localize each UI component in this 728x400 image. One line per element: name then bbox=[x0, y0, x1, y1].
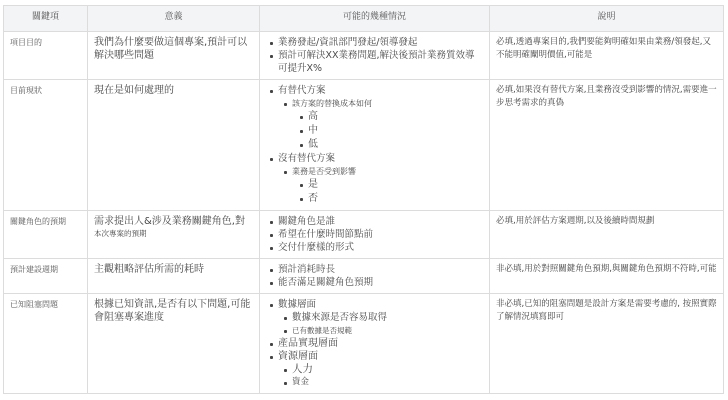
list-item-text: 該方案的替換成本如何 bbox=[292, 99, 372, 108]
bullet-list-nested: 高 中 低 bbox=[292, 110, 483, 152]
list-item: 交付什麼樣的形式 bbox=[278, 241, 483, 254]
table-header-row: 關鍵項 意義 可能的幾種情況 說明 bbox=[4, 6, 724, 32]
list-item: 產品實現層面 bbox=[278, 337, 483, 350]
header-possible-situations: 可能的幾種情況 bbox=[260, 6, 490, 32]
header-description: 說明 bbox=[490, 6, 724, 32]
list-item: 沒有替代方案 業務是否受到影響 是 否 bbox=[278, 152, 483, 206]
list-item: 是 bbox=[308, 178, 483, 192]
list-item: 資源層面 人力 資金 bbox=[278, 350, 483, 389]
bullet-list: 有替代方案 該方案的替換成本如何 高 中 低 bbox=[266, 84, 483, 206]
list-item: 否 bbox=[308, 192, 483, 206]
cell-key: 已知阻塞問題 bbox=[4, 294, 88, 394]
cell-meaning: 主觀粗略評估所需的耗時 bbox=[88, 259, 260, 294]
cell-meaning: 現在是如何處理的 bbox=[88, 80, 260, 211]
cell-meaning: 根據已知資訊,是否有以下問題,可能會阻塞專案進度 bbox=[88, 294, 260, 394]
cell-meaning: 我們為什麼要做這個專案,預計可以解決哪些問題 bbox=[88, 32, 260, 80]
cell-possible: 業務發起/資訊部門發起/領導發起 預計可解決XX業務問題,解決後預計業務質效導可… bbox=[260, 32, 490, 80]
cell-possible: 數據層面 數據來源是否容易取得 已有數據是否規範 產品實現層面 資源層面 人力 … bbox=[260, 294, 490, 394]
bullet-list: 預計消耗時長 能否滿足關鍵角色預期 bbox=[266, 263, 483, 289]
cell-key: 目前現狀 bbox=[4, 80, 88, 211]
list-item: 預計消耗時長 bbox=[278, 263, 483, 276]
cell-description: 必填,透過專案目的,我們要能夠明確如果由業務/領發起,又不能明確闡明價值,可能是 bbox=[490, 32, 724, 80]
list-item: 希望在什麼時間節點前 bbox=[278, 228, 483, 241]
bullet-list-nested: 數據來源是否容易取得 已有數據是否規範 bbox=[278, 311, 483, 337]
bullet-list: 數據層面 數據來源是否容易取得 已有數據是否規範 產品實現層面 資源層面 人力 … bbox=[266, 298, 483, 389]
list-item: 業務是否受到影響 是 否 bbox=[292, 165, 483, 206]
list-item: 該方案的替換成本如何 高 中 低 bbox=[292, 97, 483, 152]
cell-description: 必填,用於評估方案週期,以及後續時間規劃 bbox=[490, 211, 724, 259]
cell-description: 非必填,用於對照關鍵角色預期,與關鍵角色預期不符時,可能 bbox=[490, 259, 724, 294]
table-row-key-role-expectation: 關鍵角色的預期 需求提出人&涉及業務關鍵角色,對 本次專案的預期 關鍵角色是誰 … bbox=[4, 211, 724, 259]
list-item: 低 bbox=[308, 138, 483, 152]
cell-possible: 預計消耗時長 能否滿足關鍵角色預期 bbox=[260, 259, 490, 294]
header-key: 關鍵項 bbox=[4, 6, 88, 32]
list-item-text: 沒有替代方案 bbox=[278, 153, 335, 164]
bullet-list-nested: 該方案的替換成本如何 高 中 低 bbox=[278, 97, 483, 152]
cell-possible: 有替代方案 該方案的替換成本如何 高 中 低 bbox=[260, 80, 490, 211]
bullet-list-nested: 業務是否受到影響 是 否 bbox=[278, 165, 483, 206]
cell-key: 項目目的 bbox=[4, 32, 88, 80]
list-item: 中 bbox=[308, 124, 483, 138]
bullet-list-nested: 人力 資金 bbox=[278, 363, 483, 389]
list-item: 業務發起/資訊部門發起/領導發起 bbox=[278, 36, 483, 49]
cell-possible: 關鍵角色是誰 希望在什麼時間節點前 交付什麼樣的形式 bbox=[260, 211, 490, 259]
list-item: 能否滿足關鍵角色預期 bbox=[278, 276, 483, 289]
bullet-list-nested: 是 否 bbox=[292, 178, 483, 206]
list-item: 資金 bbox=[292, 376, 483, 389]
list-item-text: 業務是否受到影響 bbox=[292, 167, 356, 176]
table-row-estimated-cycle: 預計建設週期 主觀粗略評估所需的耗時 預計消耗時長 能否滿足關鍵角色預期 非必填… bbox=[4, 259, 724, 294]
list-item: 有替代方案 該方案的替換成本如何 高 中 低 bbox=[278, 84, 483, 152]
list-item-text: 有替代方案 bbox=[278, 85, 326, 96]
cell-description: 非必填,已知的阻塞問題是設計方案是需要考慮的, 按照實際了解情況填寫即可 bbox=[490, 294, 724, 394]
header-meaning: 意義 bbox=[88, 6, 260, 32]
list-item-text: 資源層面 bbox=[278, 351, 318, 362]
list-item: 預計可解決XX業務問題,解決後預計業務質效導可提升X% bbox=[278, 49, 483, 75]
bullet-list: 關鍵角色是誰 希望在什麼時間節點前 交付什麼樣的形式 bbox=[266, 215, 483, 254]
table-row-project-purpose: 項目目的 我們為什麼要做這個專案,預計可以解決哪些問題 業務發起/資訊部門發起/… bbox=[4, 32, 724, 80]
meaning-text: 需求提出人&涉及業務關鍵角色,對 bbox=[94, 216, 245, 227]
meaning-text-small: 本次專案的預期 bbox=[94, 228, 253, 240]
cell-meaning: 需求提出人&涉及業務關鍵角色,對 本次專案的預期 bbox=[88, 211, 260, 259]
list-item: 數據來源是否容易取得 bbox=[292, 311, 483, 324]
list-item: 數據層面 數據來源是否容易取得 已有數據是否規範 bbox=[278, 298, 483, 337]
list-item-text: 數據層面 bbox=[278, 299, 316, 310]
cell-key: 關鍵角色的預期 bbox=[4, 211, 88, 259]
bullet-list: 業務發起/資訊部門發起/領導發起 預計可解決XX業務問題,解決後預計業務質效導可… bbox=[266, 36, 483, 75]
cell-key: 預計建設週期 bbox=[4, 259, 88, 294]
requirements-table: 關鍵項 意義 可能的幾種情況 說明 項目目的 我們為什麼要做這個專案,預計可以解… bbox=[3, 5, 724, 394]
cell-description: 必填,如果沒有替代方案,且業務沒受到影響的情況,需要進一步思考需求的真偽 bbox=[490, 80, 724, 211]
table-row-current-status: 目前現狀 現在是如何處理的 有替代方案 該方案的替換成本如何 高 中 低 bbox=[4, 80, 724, 211]
list-item: 關鍵角色是誰 bbox=[278, 215, 483, 228]
list-item: 高 bbox=[308, 110, 483, 124]
list-item: 已有數據是否規範 bbox=[292, 324, 483, 337]
table-row-known-blockers: 已知阻塞問題 根據已知資訊,是否有以下問題,可能會阻塞專案進度 數據層面 數據來… bbox=[4, 294, 724, 394]
list-item: 人力 bbox=[292, 363, 483, 376]
